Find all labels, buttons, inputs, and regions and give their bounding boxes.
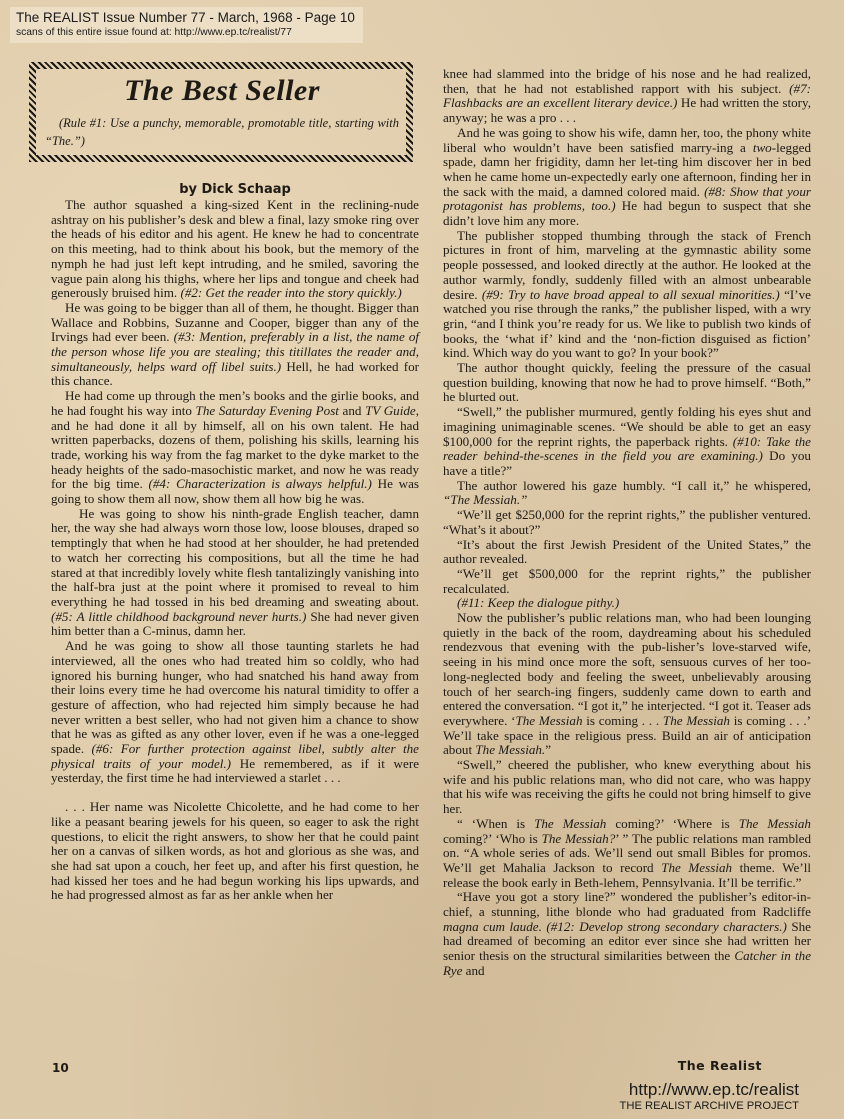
paragraph: “We’ll get $500,000 for the reprint righ…: [443, 567, 811, 596]
italic-text: The Saturday Evening Post: [196, 403, 339, 418]
text: and: [339, 403, 365, 418]
italic-text: (#4: Characterization is always helpful.…: [149, 476, 372, 491]
paragraph: The publisher stopped thumbing through t…: [443, 229, 811, 361]
paragraph: “Swell,” cheered the publisher, who knew…: [443, 758, 811, 817]
italic-text: magna cum laude. (#12: Develop strong se…: [443, 919, 787, 934]
paragraph: “We’ll get $250,000 for the reprint righ…: [443, 508, 811, 537]
paragraph: He was going to show his ninth-grade Eng…: [51, 507, 419, 639]
italic-text: The Messiah: [515, 713, 582, 728]
italic-text: The Messiah: [739, 816, 811, 831]
text: and: [462, 963, 484, 978]
paragraph: The author lowered his gaze humbly. “I c…: [443, 479, 811, 508]
paragraph: (#11: Keep the dialogue pithy.): [443, 596, 811, 611]
right-column: knee had slammed into the bridge of his …: [443, 67, 811, 979]
article-title: The Best Seller: [45, 74, 399, 108]
text: ”: [545, 742, 551, 757]
text: He was going to show his ninth-grade Eng…: [51, 506, 419, 609]
scan-source-link[interactable]: scans of this entire issue found at: htt…: [16, 26, 355, 39]
italic-text: (#5: A little childhood background never…: [51, 609, 306, 624]
paragraph: And he was going to show all those taunt…: [51, 639, 419, 786]
page-number: 10: [52, 1061, 69, 1075]
text: knee had slammed into the bridge of his …: [443, 66, 811, 96]
archive-project-label: THE REALIST ARCHIVE PROJECT: [620, 1100, 799, 1112]
italic-text: The Messiah: [663, 713, 730, 728]
scan-source-banner: The REALIST Issue Number 77 - March, 196…: [10, 7, 363, 43]
text: And he was going to show all those taunt…: [51, 638, 419, 756]
paragraph: “It’s about the first Jewish President o…: [443, 538, 811, 567]
left-column: The Best Seller (Rule #1: Use a punchy, …: [51, 62, 419, 903]
italic-text: (#11: Keep the dialogue pithy.): [457, 595, 619, 610]
text: “Swell,” cheered the publisher, who knew…: [443, 757, 811, 816]
archive-url[interactable]: http://www.ep.tc/realist: [629, 1080, 799, 1100]
left-column-body: The author squashed a king-sized Kent in…: [51, 198, 419, 903]
paragraph: He was going to be bigger than all of th…: [51, 301, 419, 389]
italic-text: The Messiah: [534, 816, 606, 831]
text: . . . Her name was Nicolette Chicolette,…: [51, 799, 419, 902]
paragraph: “Swell,” the publisher murmured, gently …: [443, 405, 811, 479]
italic-text: “The Messiah.”: [443, 492, 527, 507]
text: coming?’ ‘Who is: [443, 831, 542, 846]
paragraph: “ ‘When is The Messiah coming?’ ‘Where i…: [443, 817, 811, 891]
italic-text: (#9: Try to have broad appeal to all sex…: [482, 287, 780, 302]
issue-header: The REALIST Issue Number 77 - March, 196…: [16, 10, 355, 26]
magazine-name: The Realist: [678, 1058, 762, 1073]
italic-text: (#2: Get the reader into the story quick…: [180, 285, 401, 300]
italic-text: two: [753, 140, 772, 155]
text: Now the publisher’s public relations man…: [443, 610, 811, 728]
italic-text: The Messiah.: [475, 742, 545, 757]
paragraph: The author thought quickly, feeling the …: [443, 361, 811, 405]
paragraph: “Have you got a story line?” wondered th…: [443, 890, 811, 978]
text: “We’ll get $250,000 for the reprint righ…: [443, 507, 811, 537]
text: The author lowered his gaze humbly. “I c…: [457, 478, 811, 493]
text: is coming . . .: [583, 713, 663, 728]
text: “We’ll get $500,000 for the reprint righ…: [443, 566, 811, 596]
text: coming?’ ‘Where is: [606, 816, 738, 831]
text: “It’s about the first Jewish President o…: [443, 537, 811, 567]
text: The author thought quickly, feeling the …: [443, 360, 811, 404]
byline: by Dick Schaap: [51, 182, 419, 198]
text: “ ‘When is: [457, 816, 534, 831]
right-column-body: knee had slammed into the bridge of his …: [443, 67, 811, 979]
paragraph: And he was going to show his wife, damn …: [443, 126, 811, 229]
paragraph: . . . Her name was Nicolette Chicolette,…: [51, 800, 419, 903]
paragraph: He had come up through the men’s books a…: [51, 389, 419, 507]
italic-text: The Messiah?: [542, 831, 616, 846]
rule-1-caption: (Rule #1: Use a punchy, memorable, promo…: [45, 114, 399, 150]
italic-text: TV Guide: [365, 403, 416, 418]
paragraph: Now the publisher’s public relations man…: [443, 611, 811, 758]
paragraph: knee had slammed into the bridge of his …: [443, 67, 811, 126]
italic-text: The Messiah: [661, 860, 732, 875]
text: “Have you got a story line?” wondered th…: [443, 889, 811, 919]
title-box: The Best Seller (Rule #1: Use a punchy, …: [29, 62, 413, 162]
paragraph: The author squashed a king-sized Kent in…: [51, 198, 419, 301]
